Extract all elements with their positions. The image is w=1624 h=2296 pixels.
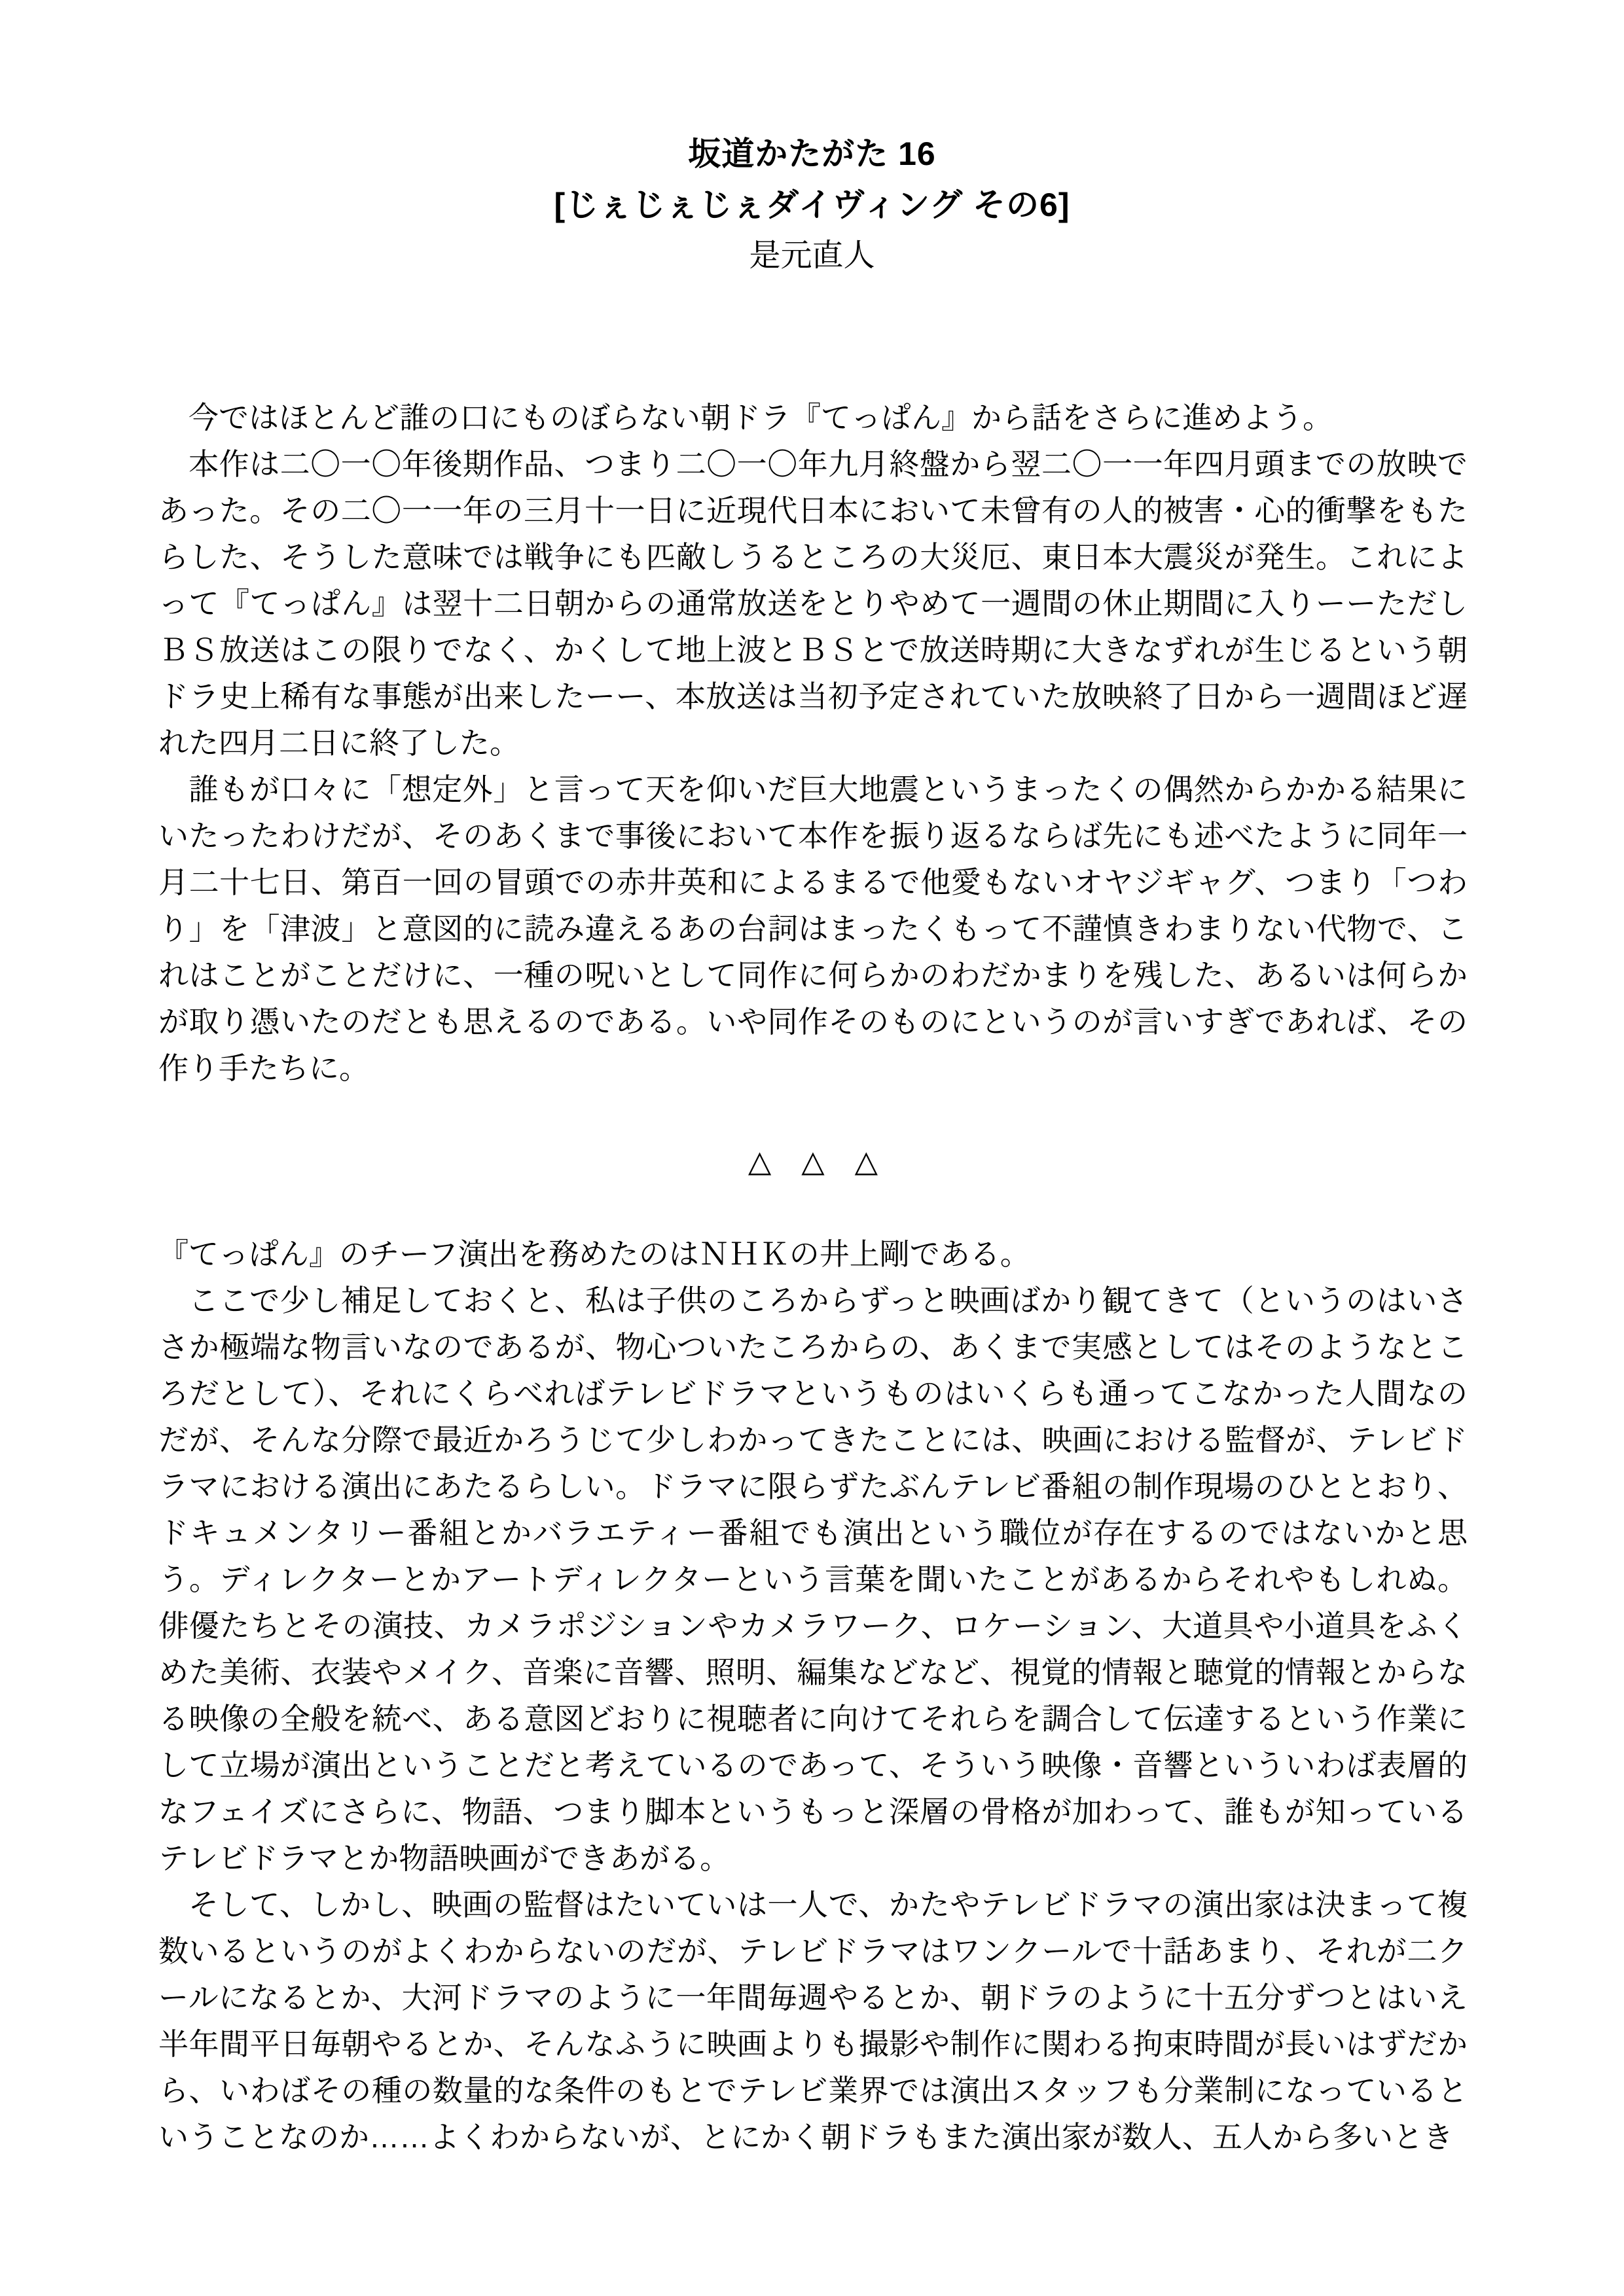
paragraph: そして、しかし、映画の監督はたいていは一人で、かたやテレビドラマの演出家は決まっ… <box>158 1882 1468 2161</box>
paragraph: 『てっぱん』のチーフ演出を務めたのはＮＨＫの井上剛である。 <box>158 1231 1468 1278</box>
section-separator-triangles: △ △ △ <box>158 1138 1468 1185</box>
article-title: 坂道かたがた 16 <box>0 128 1624 179</box>
paragraph: 本作は二〇一〇年後期作品、つまり二〇一〇年九月終盤から翌二〇一一年四月頭までの放… <box>158 441 1468 766</box>
author-name: 是元直人 <box>0 230 1624 281</box>
article-body: 今ではほとんど誰の口にものぼらない朝ドラ『てっぱん』から話をさらに進めよう。 本… <box>158 395 1468 2161</box>
document-page: 坂道かたがた 16 [じぇじぇじぇダイヴィング その6] 是元直人 今ではほとん… <box>0 0 1624 2296</box>
paragraph: ここで少し補足しておくと、私は子供のころからずっと映画ばかり観てきて（というのは… <box>158 1278 1468 1882</box>
paragraph: 誰もが口々に「想定外」と言って天を仰いだ巨大地震というまったくの偶然からかかる結… <box>158 766 1468 1092</box>
paragraph: 今ではほとんど誰の口にものぼらない朝ドラ『てっぱん』から話をさらに進めよう。 <box>158 395 1468 441</box>
document-header: 坂道かたがた 16 [じぇじぇじぇダイヴィング その6] 是元直人 <box>0 0 1624 281</box>
article-subtitle: [じぇじぇじぇダイヴィング その6] <box>0 179 1624 230</box>
